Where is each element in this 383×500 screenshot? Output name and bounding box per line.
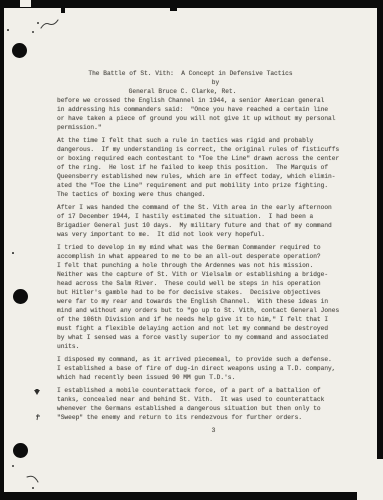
ink-speck <box>37 22 39 24</box>
hole-punch <box>13 443 28 458</box>
ink-speck <box>32 487 34 489</box>
document-title: The Battle of St. Vith: A Concept in Def… <box>43 69 338 78</box>
author: General Bruce C. Clarke, Ret. <box>35 87 330 96</box>
ink-speck <box>12 465 14 467</box>
page-number: 3 <box>66 426 361 435</box>
paragraph: before we crossed the English Channel in… <box>57 96 352 132</box>
pen-mark-tick <box>35 414 41 421</box>
paragraph: I tried to develop in my mind what was t… <box>57 243 352 351</box>
scan-border-top <box>0 0 383 8</box>
pen-mark-squiggle-bottom <box>26 474 40 484</box>
scan-border-tick <box>170 8 177 11</box>
ink-speck <box>32 31 34 33</box>
ink-speck <box>12 252 14 254</box>
scan-border-tick <box>61 8 65 13</box>
byline: by <box>68 78 363 87</box>
paragraph: After I was handed the command of the St… <box>57 203 352 239</box>
ink-speck <box>7 29 9 31</box>
scan-border-notch <box>20 0 31 7</box>
paragraph: I established a mobile counterattack for… <box>57 386 352 422</box>
scanned-document-page: The Battle of St. Vith: A Concept in Def… <box>0 0 383 500</box>
body-paragraphs: before we crossed the English Channel in… <box>57 96 352 422</box>
scan-border-left <box>0 0 4 500</box>
pen-mark-heart <box>33 388 41 396</box>
scan-border-right <box>377 0 383 459</box>
hole-punch <box>13 289 28 304</box>
scan-border-bottom <box>0 492 357 500</box>
document-body: The Battle of St. Vith: A Concept in Def… <box>57 69 352 435</box>
pen-mark-squiggle-top <box>40 18 60 30</box>
hole-punch <box>12 43 27 58</box>
paragraph: At the time I felt that such a rule in t… <box>57 136 352 199</box>
paragraph: I disposed my command, as it arrived pie… <box>57 355 352 382</box>
